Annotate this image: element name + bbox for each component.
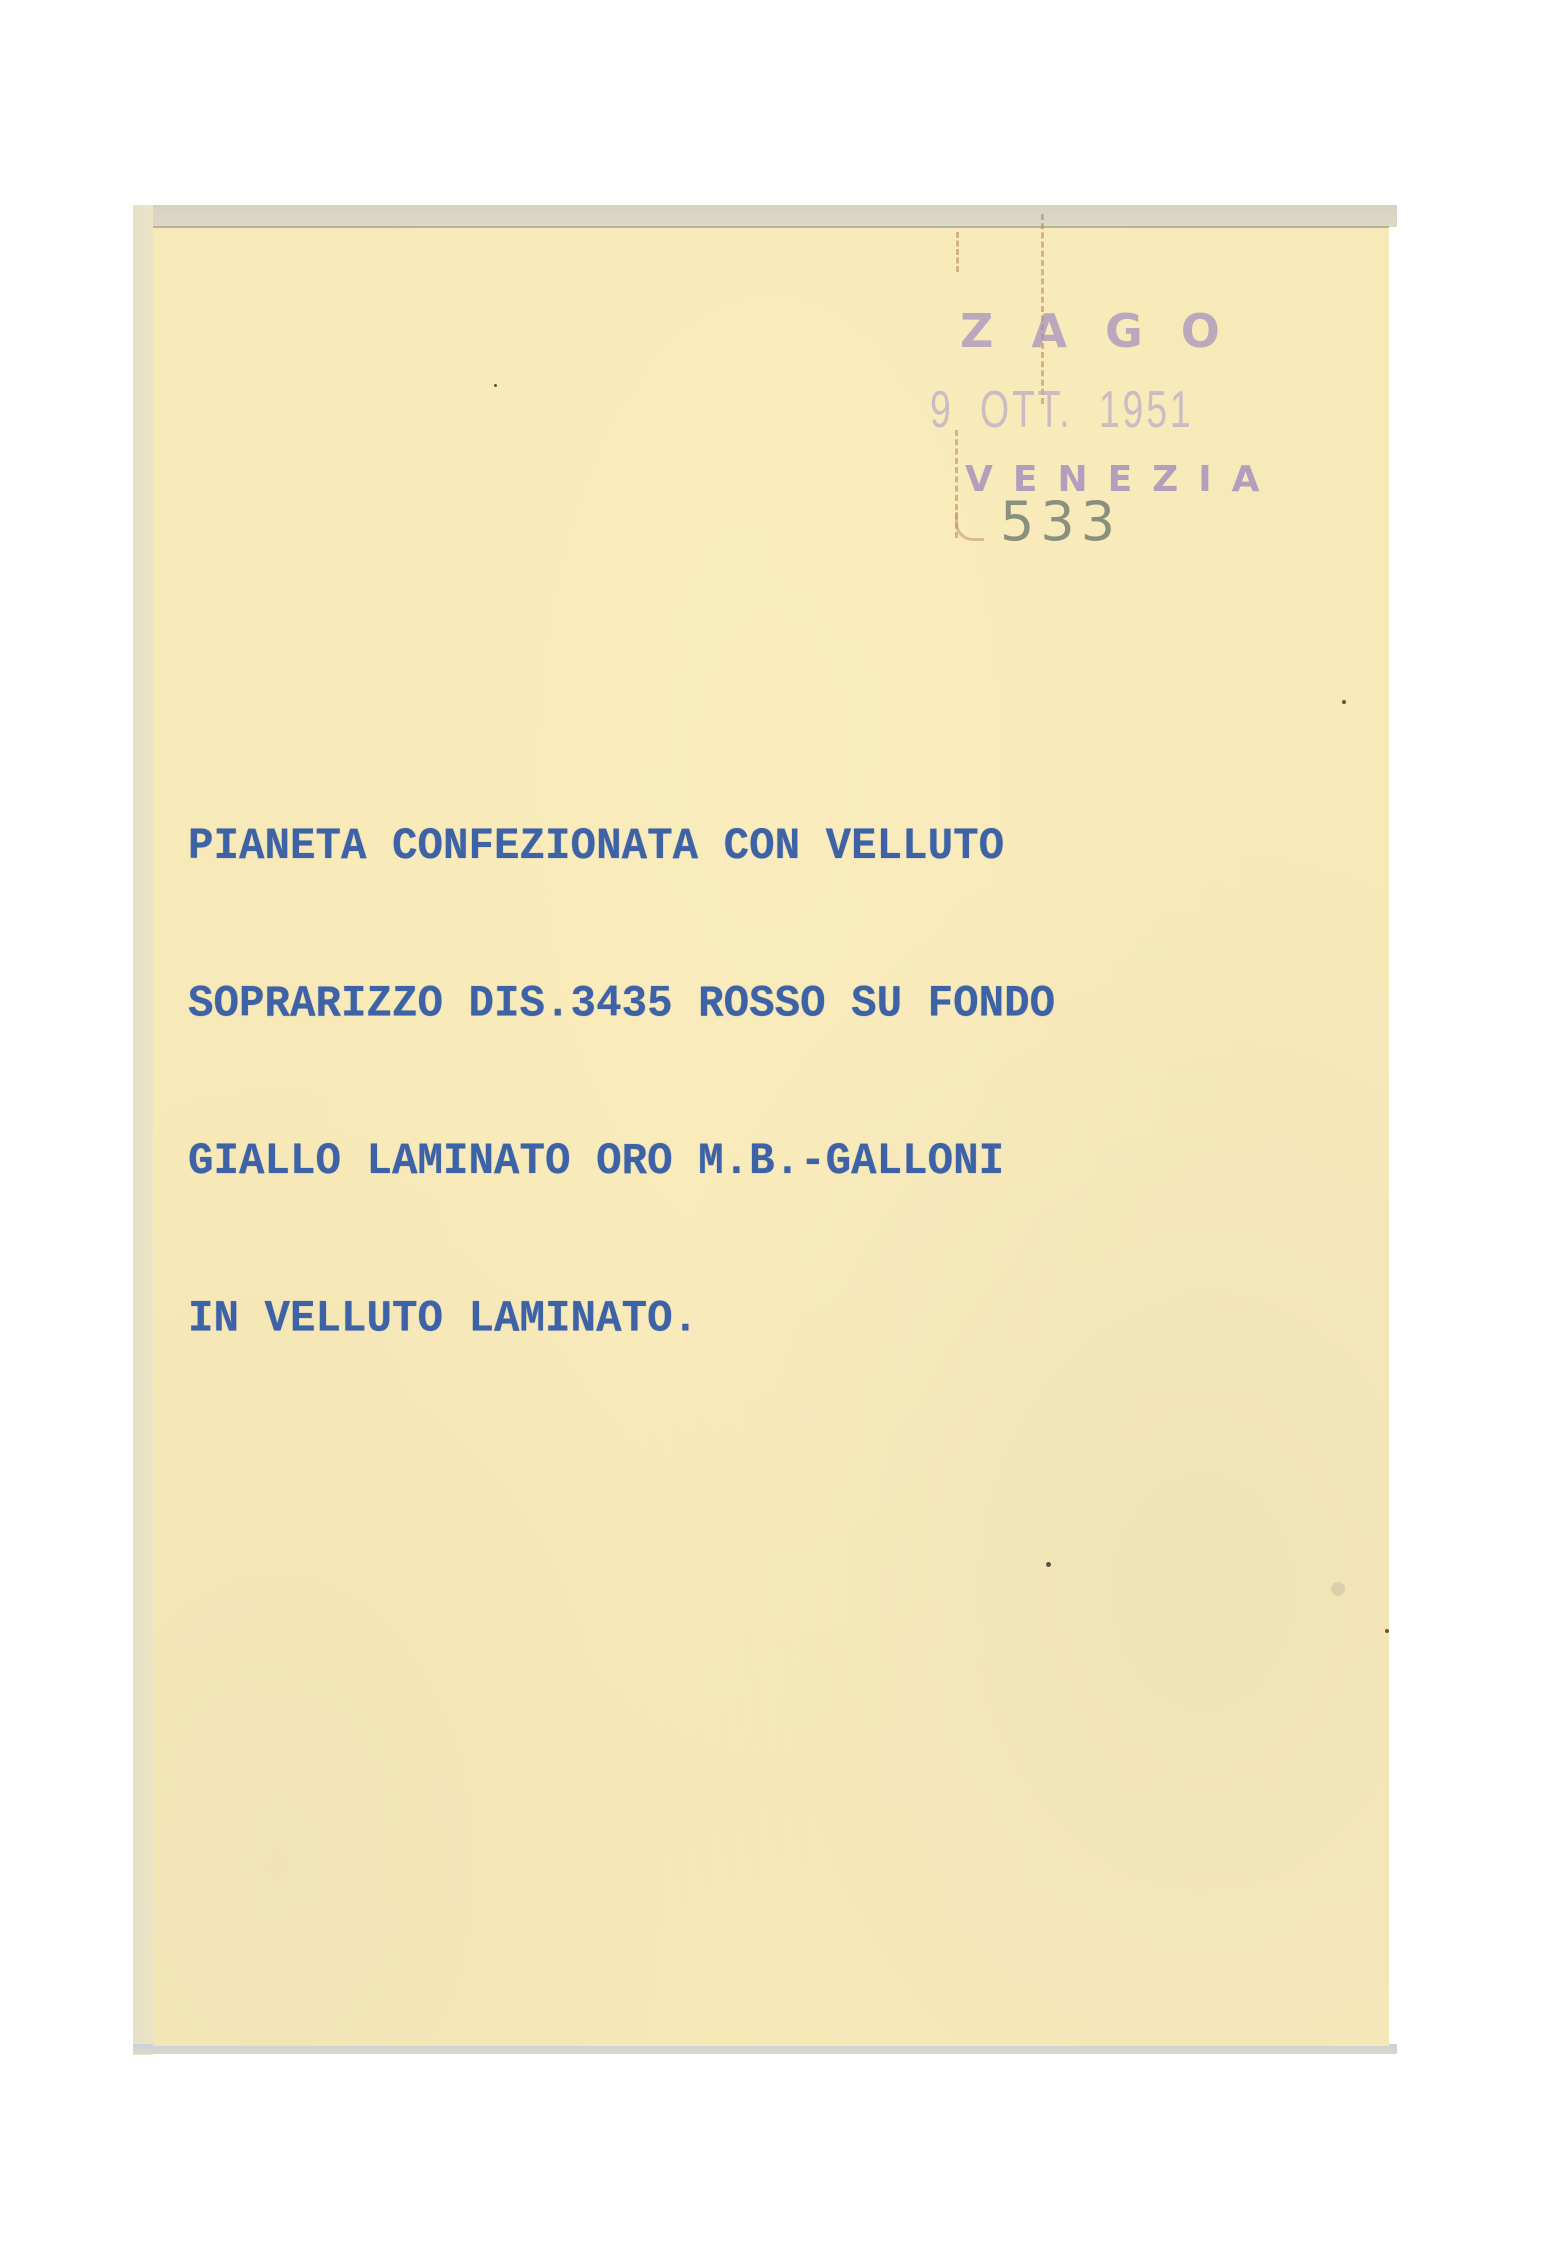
stamp-name: ZAGO [960, 304, 1258, 358]
typed-line: SOPRARIZZO DIS.3435 ROSSO SU FONDO [188, 978, 1055, 1031]
paper-speck [1385, 1629, 1389, 1633]
typed-description: PIANETA CONFEZIONATA CON VELLUTO SOPRARI… [188, 715, 1055, 1398]
paper-speck [1046, 1562, 1051, 1567]
typed-line: IN VELLUTO LAMINATO. [188, 1293, 1055, 1346]
stamp-date: 9 OTT. 1951 [930, 380, 1194, 440]
handwritten-catalog-number: 533 [1000, 490, 1121, 553]
typed-line: PIANETA CONFEZIONATA CON VELLUTO [188, 820, 1055, 873]
paper-speck [494, 384, 497, 387]
fold-mark [956, 232, 959, 272]
typed-line: GIALLO LAMINATO ORO M.B.-GALLONI [188, 1135, 1055, 1188]
scan-edge-left [133, 205, 153, 2055]
paper-smudge [1331, 1582, 1345, 1596]
paper-speck [1342, 700, 1346, 704]
